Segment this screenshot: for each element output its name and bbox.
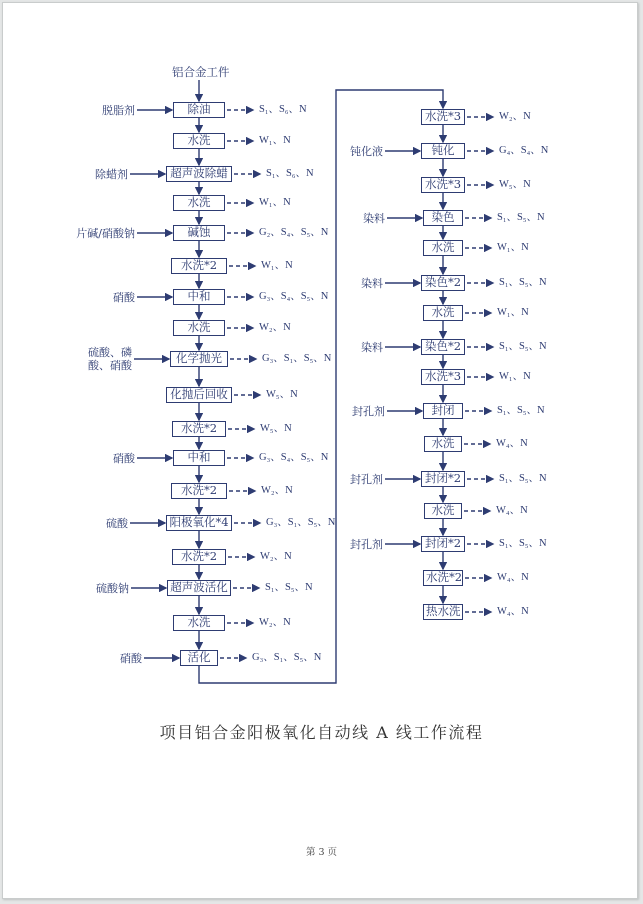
step-input: 硫酸、磷 酸、硝酸 <box>88 346 132 372</box>
step-input: 片碱/硝酸钠 <box>76 227 135 240</box>
process-step: 化抛后回收 <box>166 387 232 403</box>
process-step: 中和 <box>173 450 225 466</box>
step-output: G₃、S₁、S₅、N <box>262 352 331 365</box>
process-step: 水洗 <box>173 133 225 149</box>
step-input: 硝酸 <box>120 652 142 665</box>
step-output: W₄、N <box>496 437 528 450</box>
process-step: 封闭*2 <box>421 471 465 487</box>
start-label: 铝合金工件 <box>172 66 230 79</box>
step-input: 封孔剂 <box>350 473 383 486</box>
step-output: W₂、N <box>259 616 291 629</box>
step-output: W₄、N <box>496 504 528 517</box>
process-step: 活化 <box>180 650 218 666</box>
process-step: 水洗 <box>173 320 225 336</box>
step-output: G₃、S₁、S₅、N <box>252 651 321 664</box>
process-step: 阳极氧化*4 <box>166 515 232 531</box>
step-output: W₁、N <box>261 259 293 272</box>
step-input: 硝酸 <box>113 452 135 465</box>
step-input: 硝酸 <box>113 291 135 304</box>
step-input: 染料 <box>361 341 383 354</box>
process-step: 水洗*2 <box>172 549 226 565</box>
step-output: S₁、S₅、N <box>499 537 547 550</box>
process-step: 热水洗 <box>423 604 463 620</box>
step-output: W₅、N <box>266 388 298 401</box>
process-step: 超声波活化 <box>167 580 231 596</box>
step-input: 硫酸 <box>106 517 128 530</box>
step-input: 硫酸钠 <box>96 582 129 595</box>
process-step: 封闭 <box>423 403 463 419</box>
page-number: 第 3 页 <box>0 844 643 858</box>
step-output: W₅、N <box>499 178 531 191</box>
process-step: 水洗*2 <box>171 258 227 274</box>
step-output: W₂、N <box>261 484 293 497</box>
step-input: 染料 <box>363 212 385 225</box>
process-step: 水洗*2 <box>172 421 226 437</box>
step-input: 封孔剂 <box>350 538 383 551</box>
step-output: W₁、N <box>259 134 291 147</box>
step-input: 钝化液 <box>350 145 383 158</box>
process-step: 水洗*2 <box>423 570 463 586</box>
process-step: 化学抛光 <box>170 351 228 367</box>
process-step: 水洗 <box>424 503 462 519</box>
process-step: 中和 <box>173 289 225 305</box>
step-output: S₁、S₅、N <box>499 340 547 353</box>
process-step: 钝化 <box>421 143 465 159</box>
step-output: W₂、N <box>260 550 292 563</box>
step-output: W₅、N <box>260 422 292 435</box>
step-output: S₁、S₅、N <box>499 276 547 289</box>
step-output: G₄、S₄、N <box>499 144 548 157</box>
step-output: W₁、N <box>259 196 291 209</box>
step-input: 染料 <box>361 277 383 290</box>
step-output: W₂、N <box>259 321 291 334</box>
step-output: W₁、N <box>499 370 531 383</box>
process-step: 染色 <box>423 210 463 226</box>
step-input: 除蜡剂 <box>95 168 128 181</box>
step-output: G₂、S₄、S₅、N <box>259 226 328 239</box>
process-step: 水洗 <box>423 240 463 256</box>
step-output: S₁、S₅、N <box>265 581 313 594</box>
process-step: 超声波除蜡 <box>166 166 232 182</box>
step-input: 脱脂剂 <box>102 104 135 117</box>
process-step: 碱蚀 <box>173 225 225 241</box>
process-step: 染色*2 <box>421 275 465 291</box>
process-step: 水洗*3 <box>421 109 465 125</box>
process-step: 封闭*2 <box>421 536 465 552</box>
process-step: 水洗*2 <box>171 483 227 499</box>
diagram-title: 项目铝合金阳极氧化自动线 A 线工作流程 <box>0 720 643 743</box>
process-step: 水洗 <box>424 436 462 452</box>
step-output: S₁、S₆、N <box>266 167 314 180</box>
step-output: W₄、N <box>497 605 529 618</box>
process-step: 水洗*3 <box>421 177 465 193</box>
process-step: 水洗 <box>423 305 463 321</box>
step-output: W₁、N <box>497 306 529 319</box>
process-step: 除油 <box>173 102 225 118</box>
step-output: S₁、S₅、N <box>497 404 545 417</box>
process-step: 水洗*3 <box>421 369 465 385</box>
step-output: S₁、S₆、N <box>259 103 307 116</box>
step-output: G₃、S₁、S₅、N <box>266 516 335 529</box>
step-output: W₂、N <box>499 110 531 123</box>
step-output: G₃、S₄、S₅、N <box>259 290 328 303</box>
process-step: 染色*2 <box>421 339 465 355</box>
step-output: W₄、N <box>497 571 529 584</box>
step-output: S₁、S₅、N <box>499 472 547 485</box>
step-output: S₁、S₅、N <box>497 211 545 224</box>
process-step: 水洗 <box>173 195 225 211</box>
process-step: 水洗 <box>173 615 225 631</box>
step-output: G₃、S₄、S₅、N <box>259 451 328 464</box>
step-input: 封孔剂 <box>352 405 385 418</box>
step-output: W₁、N <box>497 241 529 254</box>
